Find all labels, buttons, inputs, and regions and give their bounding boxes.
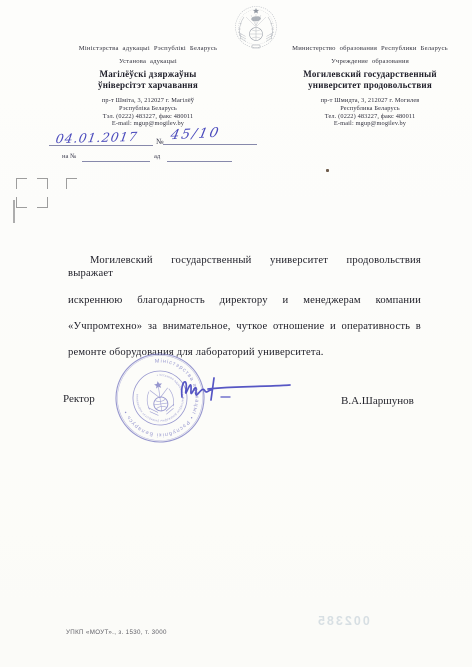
- university-name-by-1: Магілёўскі дзяржаўны: [53, 69, 243, 80]
- number-underline: [163, 144, 257, 145]
- ministry-line-by: Міністэрства адукацыі Рэспублікі Беларус…: [53, 44, 243, 53]
- from-date-label: ад: [154, 153, 160, 160]
- corner-bracket-extra: [66, 178, 77, 189]
- org-type-line-by: Установа адукацыі: [53, 57, 243, 66]
- address-phone-by: Тэл. (0222) 483227, факс 480011: [53, 113, 243, 121]
- address-country-ru: Республика Беларусь: [275, 105, 465, 113]
- address-block-ru: пр-т Шмидта, 3, 212027 г. Могилев Респуб…: [275, 97, 465, 128]
- address-email-ru: E-mail: mgup@mogilev.by: [275, 120, 465, 128]
- university-name-by-2: ўніверсітэт харчавання: [53, 80, 243, 91]
- university-name-ru-1: Могилевский государственный: [275, 69, 465, 80]
- stamp-center-emblem: [145, 379, 176, 416]
- body-line-2: искреннюю благодарность директору и мене…: [68, 294, 421, 320]
- university-name-ru-2: университет продовольствия: [275, 80, 465, 91]
- date-underline: [49, 145, 153, 146]
- corner-bracket-top-right: [37, 178, 48, 189]
- address-block-by: пр-т Шміта, 3, 212027 г. Магілёў Рэспубл…: [53, 97, 243, 128]
- scan-edge-mark: [13, 200, 15, 223]
- reply-to-label: на №: [62, 153, 76, 160]
- address-country-by: Рэспубліка Беларусь: [53, 105, 243, 113]
- showthrough-number: 002385: [316, 614, 370, 628]
- corner-bracket-bottom-right: [37, 197, 48, 208]
- from-date-underline: [167, 161, 232, 162]
- signer-position-title: Ректор: [63, 393, 95, 405]
- address-street-ru: пр-т Шмидта, 3, 212027 г. Могилев: [275, 97, 465, 105]
- signer-name: В.А.Шаршунов: [341, 395, 414, 407]
- corner-bracket-top-left: [16, 178, 27, 189]
- body-line-3: «Учпромтехно» за внимательное, чуткое от…: [68, 320, 421, 346]
- corner-bracket-bottom-left: [16, 197, 27, 208]
- org-type-line-ru: Учреждение образования: [275, 57, 465, 66]
- handwritten-date: 04.01.2017: [55, 129, 139, 146]
- print-shop-info: УПКП «МОУТ»., з. 1530, т. 3000: [66, 629, 167, 636]
- scanned-letter-page: Міністэрства адукацыі Рэспублікі Беларус…: [0, 0, 472, 667]
- scan-speck: [326, 169, 329, 172]
- letterhead-russian-column: Министерство образования Республики Бела…: [275, 44, 465, 128]
- letterhead-belarusian-column: Міністэрства адукацыі Рэспублікі Беларус…: [53, 44, 243, 128]
- letter-body: Могилевский государственный университет …: [68, 254, 421, 360]
- address-phone-ru: Тел. (0222) 483227, факс 480011: [275, 113, 465, 121]
- address-street-by: пр-т Шміта, 3, 212027 г. Магілёў: [53, 97, 243, 105]
- ministry-line-ru: Министерство образования Республики Бела…: [275, 44, 465, 53]
- body-line-1: Могилевский государственный университет …: [68, 254, 421, 294]
- handwritten-signature: [178, 371, 296, 407]
- handwritten-outgoing-number: 45/10: [169, 125, 222, 144]
- reply-to-underline: [82, 161, 150, 162]
